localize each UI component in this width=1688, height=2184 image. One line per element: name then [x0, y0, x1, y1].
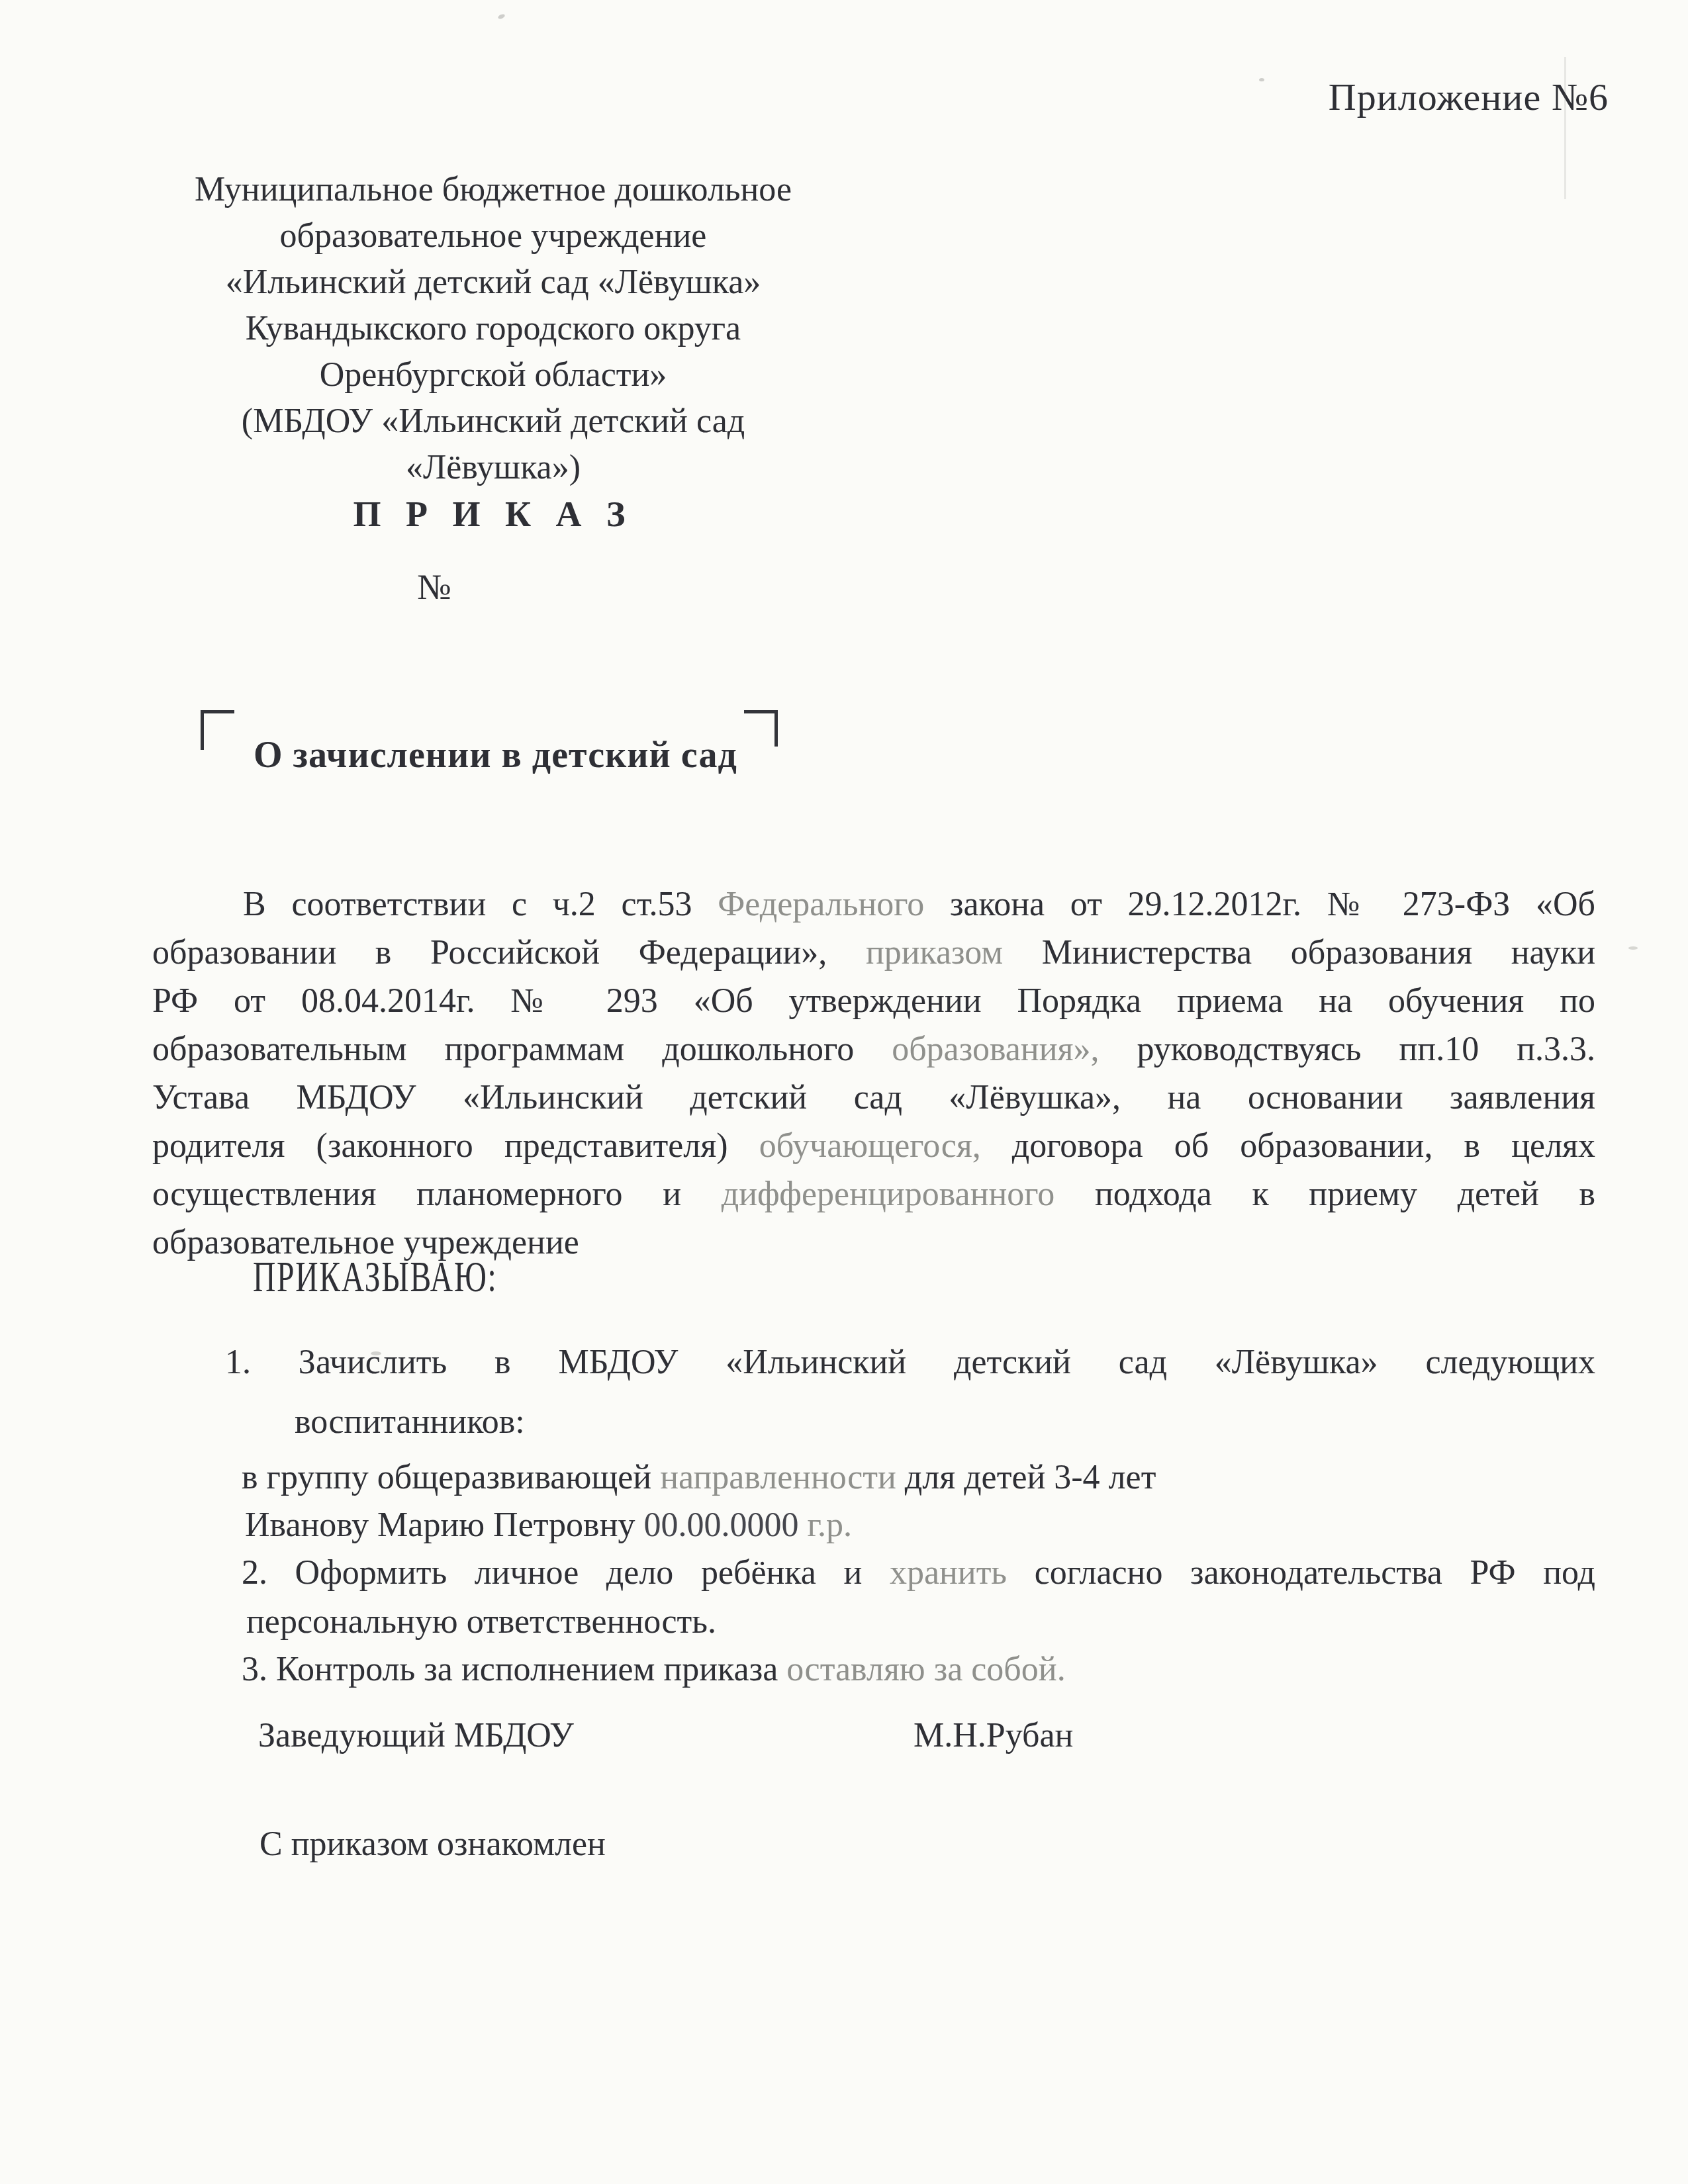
subject-title: О зачислении в детский сад — [254, 732, 737, 778]
order-item-1-group-line: в группу общеразвивающей направленности … — [242, 1453, 1156, 1502]
org-name-line: (МБДОУ «Ильинский детский сад — [152, 398, 834, 445]
preamble-line-7: осуществления планомерного и дифференцир… — [152, 1170, 1595, 1218]
signatory-name: М.Н.Рубан — [914, 1711, 1073, 1760]
preamble-line-4: образовательным программам дошкольного о… — [152, 1025, 1595, 1073]
corner-mark-right — [744, 710, 778, 747]
signatory-position: Заведующий МБДОУ — [258, 1711, 574, 1760]
scan-speck — [371, 1351, 381, 1355]
order-item-2-line-1: 2. Оформить личное дело ребёнка и хранит… — [242, 1549, 1595, 1597]
order-item-3-line-1: 3. Контроль за исполнением приказа остав… — [242, 1645, 1066, 1694]
acknowledgement-note: С приказом ознакомлен — [259, 1820, 606, 1868]
order-item-1-line-1: 1. Зачислить в МБДОУ «Ильинский детский … — [225, 1338, 1595, 1387]
order-item-1-line-2: воспитанников: — [295, 1398, 525, 1446]
preamble-line-5: Устава МБДОУ «Ильинский детский сад «Лёв… — [152, 1073, 1595, 1122]
org-name-line: «Ильинский детский сад «Лёвушка» — [152, 259, 834, 306]
preamble-line-6: родителя (законного представителя) обуча… — [152, 1122, 1595, 1170]
org-name-block: Муниципальное бюджетное дошкольное образ… — [152, 167, 834, 491]
org-name-line: Муниципальное бюджетное дошкольное — [152, 167, 834, 213]
scan-speck — [1628, 946, 1638, 950]
scan-streak — [1564, 57, 1566, 199]
preamble-line-1: В соответствии с ч.2 ст.53 Федерального … — [152, 880, 1595, 929]
doc-type-heading: П Р И К А З — [152, 491, 834, 537]
appendix-note: Приложение №6 — [0, 74, 1609, 120]
preamble-paragraph: В соответствии с ч.2 ст.53 Федерального … — [152, 880, 1595, 1267]
order-item-2-line-2: персональную ответственность. — [246, 1598, 716, 1646]
scanned-order-page: Приложение №6 Муниципальное бюджетное до… — [0, 0, 1688, 2184]
doc-number-label: № — [417, 564, 451, 610]
org-name-line: «Лёвушка») — [152, 445, 834, 491]
resolution-heading: ПРИКАЗЫВАЮ: — [253, 1252, 541, 1302]
preamble-line-2: образовании в Российской Федерации», при… — [152, 929, 1595, 977]
corner-mark-left — [201, 710, 234, 750]
scan-speck — [1259, 78, 1264, 81]
org-name-line: Оренбургской области» — [152, 352, 834, 398]
org-name-line: образовательное учреждение — [152, 213, 834, 259]
org-name-line: Кувандыкского городского округа — [152, 306, 834, 352]
order-item-1-child-line: Иванову Марию Петровну 00.00.0000 г.р. — [245, 1501, 852, 1549]
scan-speck — [497, 13, 506, 20]
preamble-line-3: РФ от 08.04.2014г. № 293 «Об утверждении… — [152, 977, 1595, 1025]
